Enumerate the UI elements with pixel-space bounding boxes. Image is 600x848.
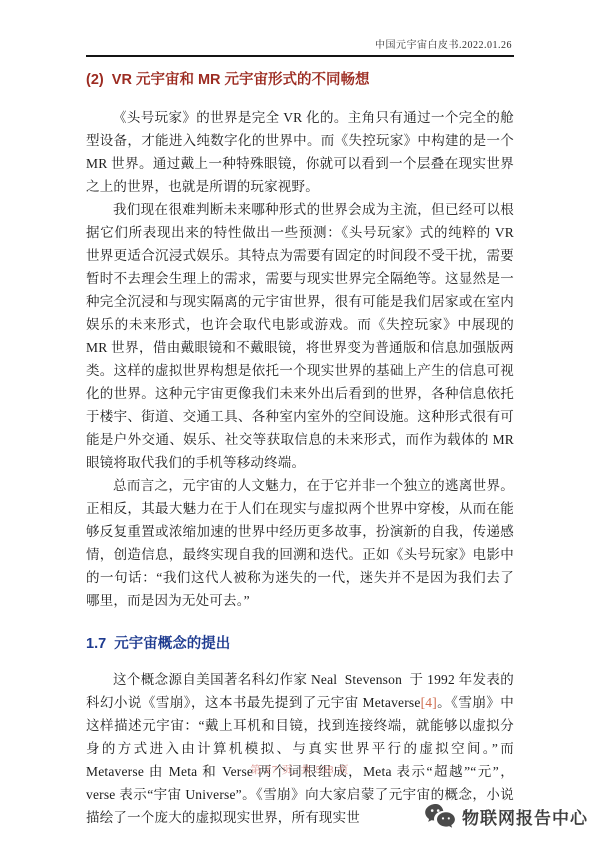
paragraph-ready-player-one: 《头号玩家》的世界是完全 VR 化的。主角只有通过一个完全的舱型设备，才能进入纯… (86, 106, 514, 198)
header-divider-line (86, 55, 514, 57)
citation-ref-4: [4] (421, 695, 437, 710)
running-header-title: 中国元宇宙白皮书.2022.01.26 (375, 36, 512, 51)
document-page: 中国元宇宙白皮书.2022.01.26 (2) VR 元宇宙和 MR 元宇宙形式… (0, 0, 600, 848)
page-content: (2) VR 元宇宙和 MR 元宇宙形式的不同畅想 《头号玩家》的世界是完全 V… (86, 70, 514, 829)
paragraph-metaverse-appeal: 总而言之，元宇宙的人文魅力，在于它并非一个独立的逃离世界。正相反，其最大魅力在于… (86, 474, 514, 612)
paragraph-vr-mr-prediction: 我们现在很难判断未来哪种形式的世界会成为主流，但已经可以根据它们所表现出来的特性… (86, 198, 514, 474)
section-heading-vr-mr: (2) VR 元宇宙和 MR 元宇宙形式的不同畅想 (86, 70, 514, 90)
brand-name-label: 物联网报告中心 (462, 804, 588, 829)
section-heading-1-7: 1.7 元宇宙概念的提出 (86, 634, 514, 654)
brand-watermark: 物联网报告中心 (424, 803, 588, 829)
footer-page-number: 第 27 页, 共 538 页 (0, 762, 600, 777)
wechat-chat-bubbles-icon (424, 803, 456, 829)
